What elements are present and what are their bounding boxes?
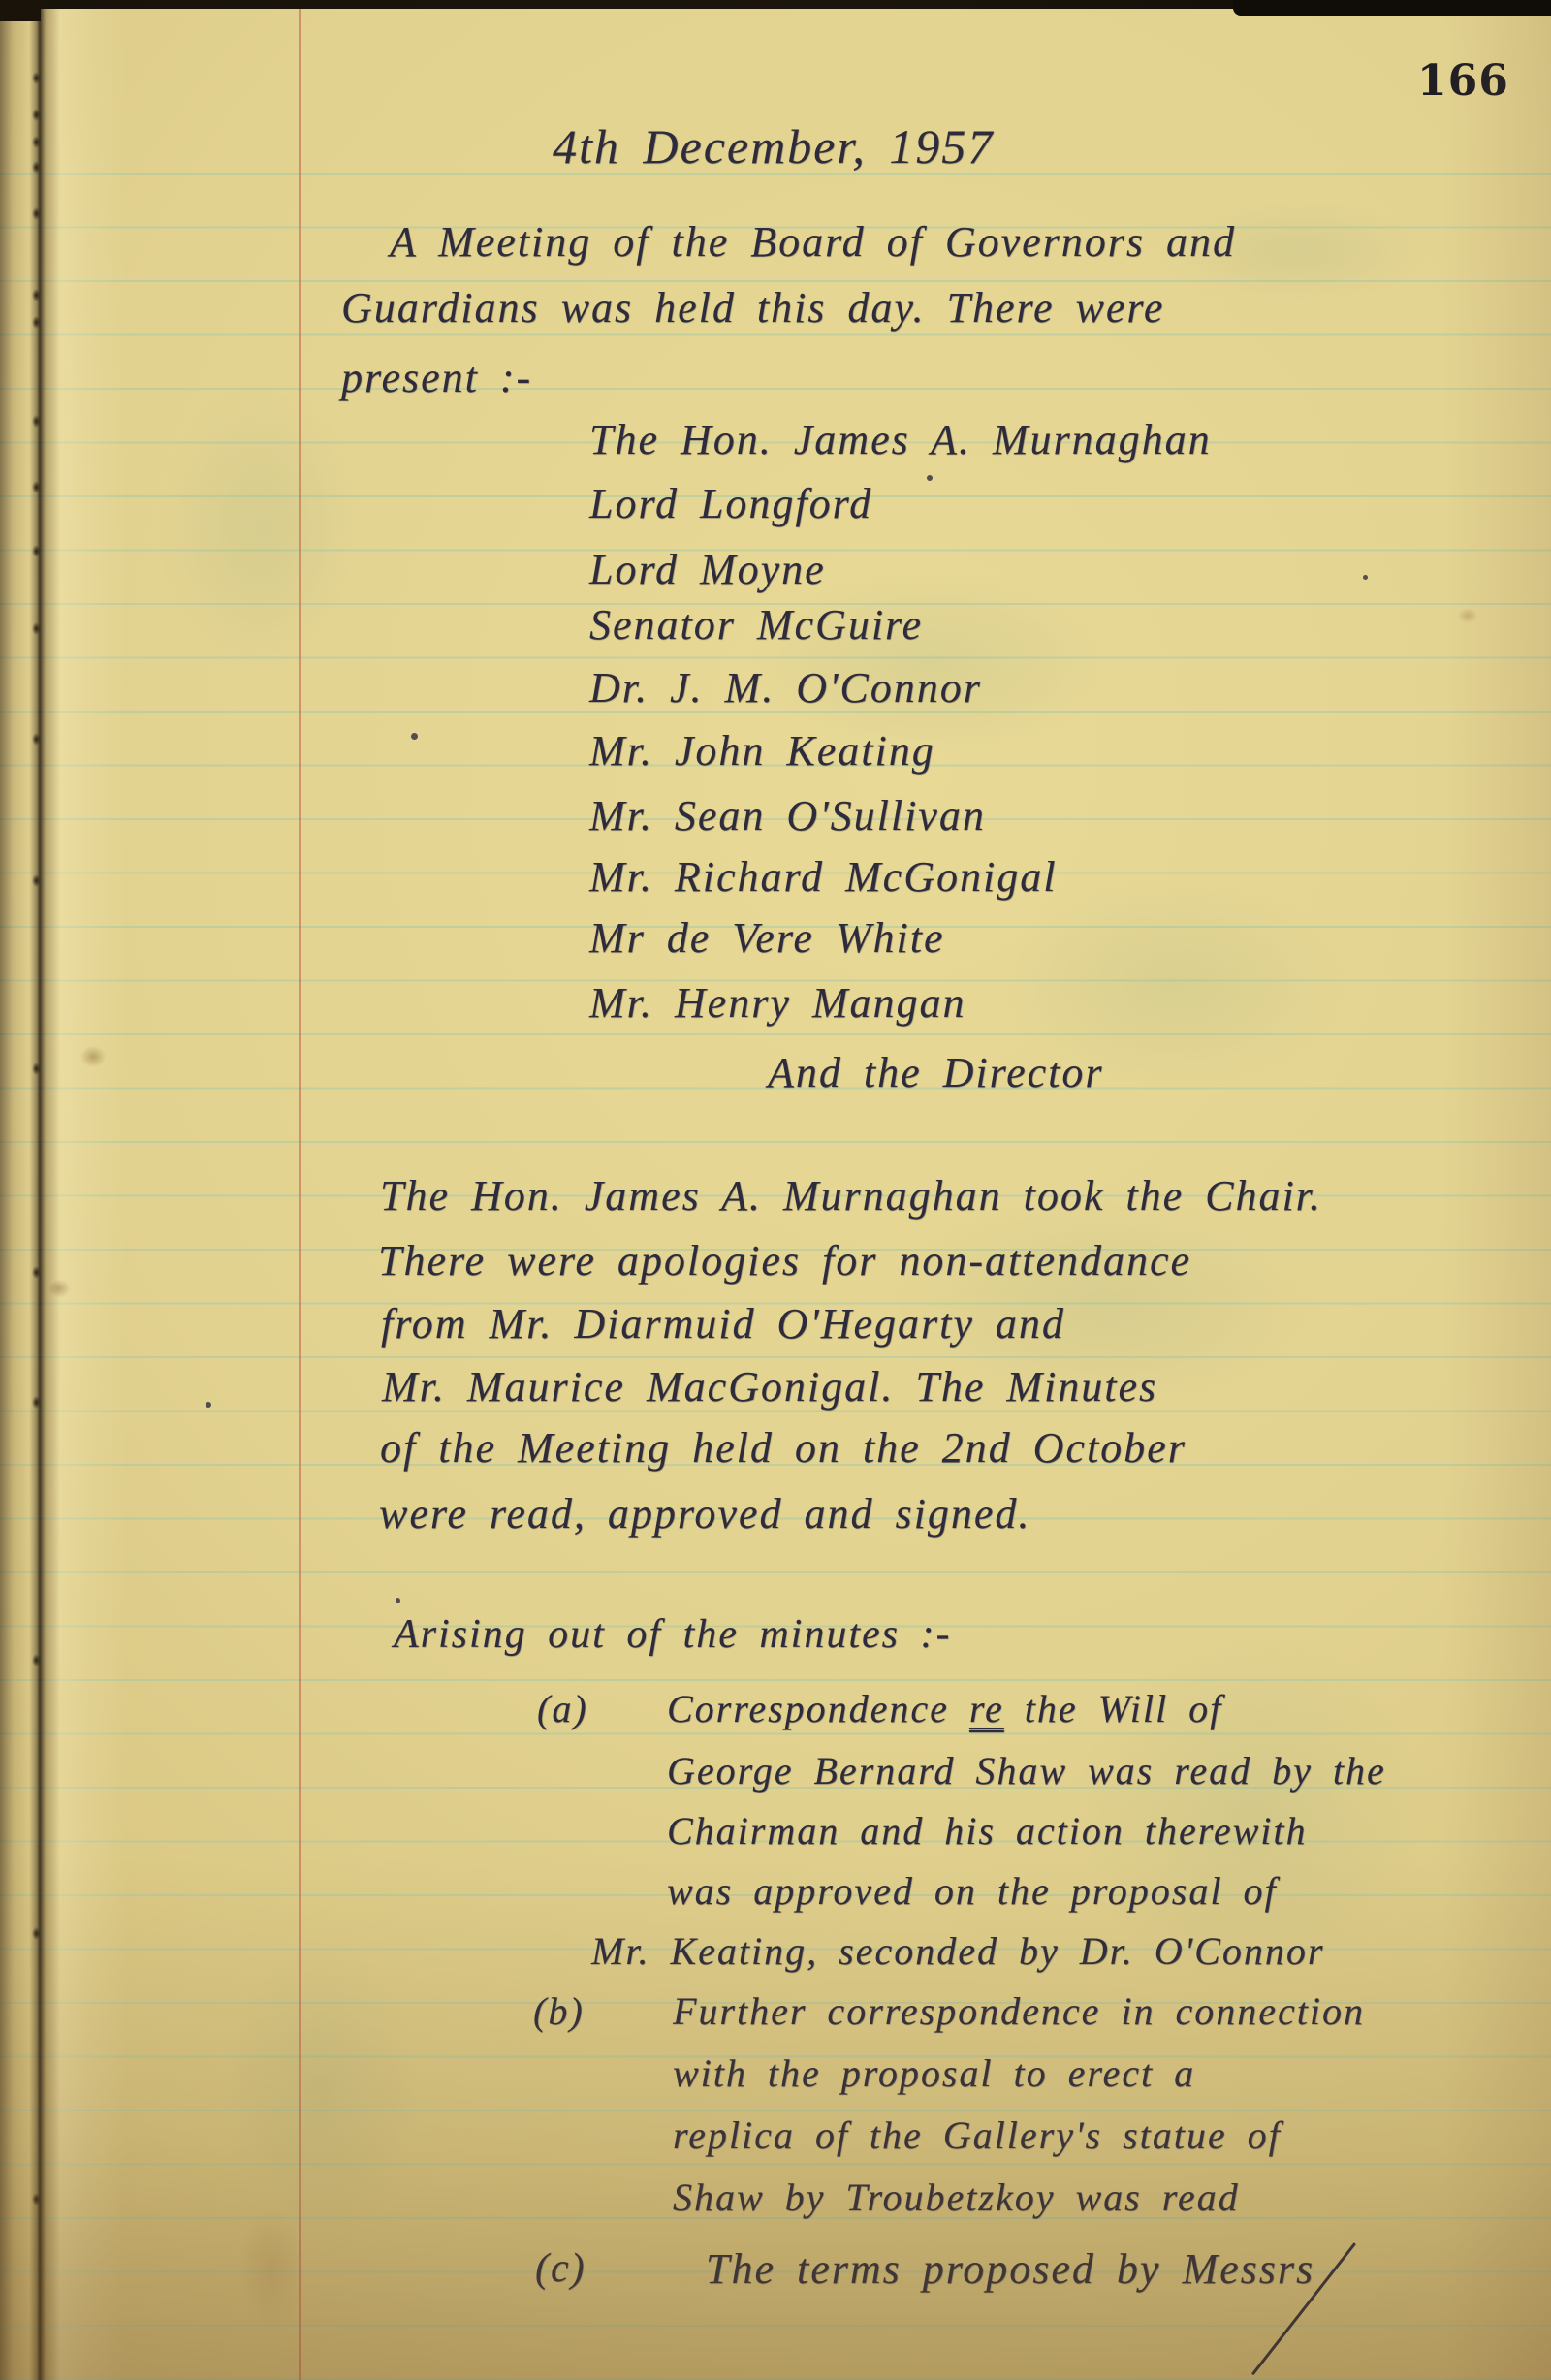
stitch-mark [32, 136, 41, 148]
stitch-mark [32, 1654, 41, 1666]
attendees-footer: And the Director [768, 1050, 1104, 1096]
minutes-paragraph-line: were read, approved and signed. [379, 1491, 1030, 1538]
attendee-name: Lord Moyne [589, 547, 826, 593]
stitch-mark [32, 316, 41, 329]
ledger-page: 166 4th December, 1957 A Meeting of the … [0, 0, 1551, 2380]
item-a-line: George Bernard Shaw was read by the [667, 1750, 1386, 1793]
attendee-name: Lord Longford [589, 481, 872, 527]
stitch-mark [32, 72, 41, 84]
book-top-edge [0, 0, 41, 21]
item-c-struck-word: Messrs [1182, 2245, 1314, 2293]
item-c-label: (c) [535, 2246, 586, 2291]
intro-line: Guardians was held this day. There were [341, 285, 1164, 332]
ink-speck [396, 1598, 400, 1603]
attendee-name: The Hon. James A. Murnaghan [589, 417, 1212, 463]
arising-heading: Arising out of the minutes :- [394, 1612, 951, 1657]
item-a-label: (a) [537, 1688, 588, 1730]
stitch-mark [32, 109, 41, 121]
minutes-paragraph-line: The Hon. James A. Murnaghan took the Cha… [380, 1173, 1322, 1220]
ink-speck [411, 733, 418, 740]
stitch-mark [32, 161, 41, 174]
stitch-mark [32, 415, 41, 428]
item-a-line: Correspondence re the Will of [667, 1688, 1222, 1730]
minutes-paragraph-line: Mr. Maurice MacGonigal. The Minutes [382, 1364, 1157, 1411]
stitch-mark [32, 733, 41, 746]
item-a-line1-post: the Will of [1004, 1687, 1222, 1730]
item-b-line: Further correspondence in connection [673, 1990, 1365, 2033]
stitch-mark [32, 622, 41, 635]
date-line: 4th December, 1957 [553, 120, 994, 174]
attendee-name: Mr de Vere White [589, 915, 944, 962]
item-b-line: with the proposal to erect a [673, 2052, 1195, 2095]
minutes-paragraph-line: of the Meeting held on the 2nd October [380, 1425, 1187, 1472]
foxing-spot [228, 2186, 315, 2351]
stitch-mark [32, 545, 41, 557]
item-a-line: Mr. Keating, seconded by Dr. O'Connor [591, 1930, 1324, 1973]
item-a-line: Chairman and his action therewith [667, 1810, 1308, 1853]
stitch-mark [32, 874, 41, 887]
book-top-edge [1233, 0, 1551, 16]
attendee-name: Mr. John Keating [589, 728, 935, 775]
minutes-paragraph-line: from Mr. Diarmuid O'Hegarty and [381, 1301, 1065, 1348]
item-c-line-pre: The terms proposed by [706, 2245, 1182, 2293]
item-b-line: replica of the Gallery's statue of [673, 2114, 1282, 2157]
item-b-line: Shaw by Troubetzkoy was read [673, 2176, 1240, 2219]
item-a-line1-underlined: re [969, 1687, 1004, 1730]
margin-rule-line [299, 0, 301, 2380]
attendee-name: Senator McGuire [589, 602, 923, 649]
intro-line: present :- [341, 355, 532, 401]
stitch-mark [32, 289, 41, 301]
stitch-mark [32, 1927, 41, 1940]
attendee-name: Dr. J. M. O'Connor [589, 665, 982, 712]
page-number: 166 [1417, 56, 1509, 106]
ink-speck [1363, 575, 1368, 580]
stitch-mark [32, 481, 41, 493]
stitch-mark [32, 1396, 41, 1409]
ink-speck [206, 1402, 211, 1408]
minutes-paragraph-line: There were apologies for non-attendance [378, 1238, 1191, 1285]
item-b-label: (b) [533, 1990, 585, 2033]
stitch-mark [32, 2193, 41, 2205]
item-a-line1-pre: Correspondence [667, 1687, 969, 1730]
ink-speck [927, 475, 933, 481]
attendee-name: Mr. Richard McGonigal [589, 854, 1057, 901]
stitch-mark [32, 207, 41, 220]
stitch-mark [32, 1063, 41, 1075]
attendee-name: Mr. Henry Mangan [589, 980, 966, 1027]
stitch-mark [32, 1266, 41, 1279]
binding-gutter [0, 0, 126, 2380]
intro-line: A Meeting of the Board of Governors and [390, 219, 1236, 266]
item-c-line: The terms proposed by Messrs [706, 2246, 1314, 2293]
bleed-through-smudge [184, 1881, 456, 2307]
attendee-name: Mr. Sean O'Sullivan [589, 793, 986, 840]
item-a-line: was approved on the proposal of [667, 1870, 1278, 1913]
foxing-spot [1454, 605, 1481, 626]
